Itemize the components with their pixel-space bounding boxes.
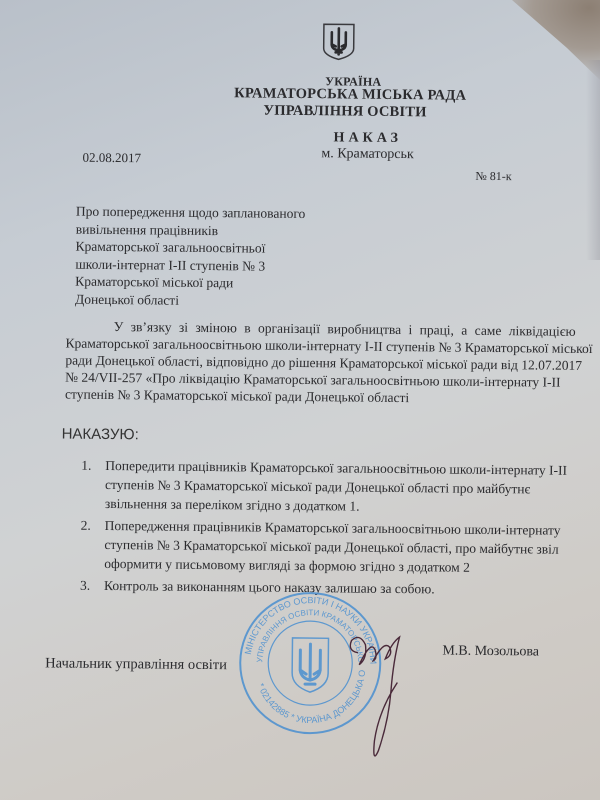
subject-line: Донецької області (75, 290, 305, 310)
signatory-name: М.В. Мозольова (442, 644, 539, 661)
order-document: УКРАЇНА КРАМАТОРСЬКА МІСЬКА РАДА УПРАВЛІ… (0, 0, 600, 800)
subject-line: Краматорської загальноосвітньої (76, 238, 306, 258)
signatory-role: Начальник управління освіти (45, 655, 227, 674)
directive-item-1: 1. Попередити працівників Краматорської … (81, 456, 600, 519)
order-date: 02.08.2017 (82, 150, 141, 167)
tryzub-coat-of-arms-icon (322, 22, 356, 60)
subject-line: Про попередження щодо запланованого (76, 203, 306, 223)
item-number: 3. (80, 576, 90, 595)
directive-item-2: 2. Попередження працівників Краматорсько… (80, 516, 600, 579)
order-preamble: У зв’язку зі зміною в організації виробн… (65, 318, 600, 409)
letterhead-department: УПРАВЛІННЯ ОСВІТИ (215, 102, 475, 122)
order-city: м. Краматорськ (292, 146, 442, 164)
order-subject: Про попередження щодо запланованого виві… (75, 203, 305, 310)
order-title: НАКАЗ (303, 130, 433, 147)
handwritten-signature (344, 630, 405, 771)
item-number: 2. (81, 516, 91, 535)
subject-line: Краматорської міської ради (75, 273, 305, 293)
directive-heading: НАКАЗУЮ: (62, 426, 139, 444)
item-number: 1. (81, 456, 91, 475)
order-number: № 81-к (475, 169, 511, 184)
directive-list: 1. Попередити працівників Краматорської … (80, 456, 600, 604)
